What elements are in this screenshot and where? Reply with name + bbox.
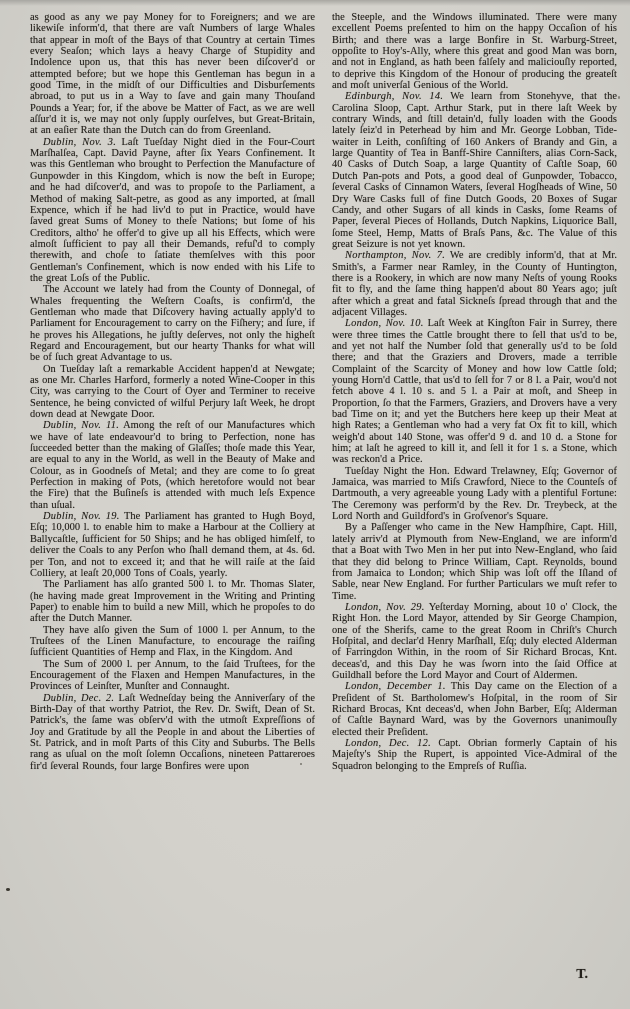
dateline: Dublin, Nov. 19.	[43, 511, 120, 522]
dateline: London, Nov. 29.	[345, 602, 425, 613]
news-paragraph: London, Nov. 29. Yeſterday Morning, abou…	[332, 602, 617, 681]
news-paragraph: The Account we lately had from the Count…	[30, 284, 315, 363]
dateline: Dublin, Nov. 11.	[43, 420, 119, 431]
news-paragraph: Tueſday Night the Hon. Edward Trelawney,…	[332, 466, 617, 523]
paragraph-text: The Account we lately had from the Count…	[30, 284, 315, 363]
paragraph-text: Tueſday Night the Hon. Edward Trelawney,…	[332, 466, 617, 522]
paragraph-text: The Parliament has granted to Hugh Boyd,…	[30, 511, 315, 579]
news-paragraph: The Sum of 2000 l. per Annum, to the ſai…	[30, 659, 315, 693]
news-paragraph: By a Paſſenger who came in the New Hampſ…	[332, 522, 617, 601]
dateline: Northampton, Nov. 7.	[345, 250, 445, 261]
dateline: Dublin, Nov. 3.	[43, 137, 116, 148]
paragraph-text: We learn from Stonehyve, that the Caroli…	[332, 91, 617, 249]
news-paragraph: The Parliament has alſo granted 500 l. t…	[30, 579, 315, 624]
paragraph-text: By a Paſſenger who came in the New Hampſ…	[332, 522, 617, 601]
paragraph-text: Laſt Wedneſday being the Anniverſary of …	[30, 693, 315, 772]
dateline: London, Nov. 10.	[345, 318, 424, 329]
scan-speck	[300, 763, 302, 765]
news-paragraph: London, Dec. 12. Capt. Obrian formerly C…	[332, 738, 617, 772]
scan-speck	[6, 888, 10, 891]
catchword: T.	[576, 967, 588, 983]
dateline: London, December 1.	[345, 681, 446, 692]
paragraph-text: Laſt Tueſday Night died in the Four-Cour…	[30, 137, 315, 284]
news-paragraph: Dublin, Nov. 3. Laſt Tueſday Night died …	[30, 137, 315, 284]
paragraph-text: Laſt Week at Kingſton Fair in Surrey, th…	[332, 318, 617, 465]
scan-edge-shadow	[0, 0, 630, 6]
news-paragraph: London, Nov. 10. Laſt Week at Kingſton F…	[332, 318, 617, 465]
paragraph-text: Among the reſt of our Manufactures which…	[30, 420, 315, 510]
news-paragraph: Dublin, Dec. 2. Laſt Wedneſday being the…	[30, 693, 315, 772]
news-paragraph: Dublin, Nov. 11. Among the reſt of our M…	[30, 420, 315, 511]
paragraph-text: as good as any we pay Money for to Forei…	[30, 12, 315, 136]
newspaper-scan-page: as good as any we pay Money for to Forei…	[0, 0, 630, 1009]
text-columns: as good as any we pay Money for to Forei…	[30, 12, 618, 772]
news-paragraph: the Steeple, and the Windows illuminated…	[332, 12, 617, 91]
news-paragraph: They have alſo given the Sum of 1000 l. …	[30, 625, 315, 659]
news-paragraph: Northampton, Nov. 7. We are credibly inf…	[332, 250, 617, 318]
news-paragraph: Dublin, Nov. 19. The Parliament has gran…	[30, 511, 315, 579]
news-paragraph: London, December 1. This Day came on the…	[332, 681, 617, 738]
news-paragraph: Edinburgh, Nov. 14. We learn from Stoneh…	[332, 91, 617, 250]
paragraph-text: On Tueſday laſt a remarkable Accident ha…	[30, 364, 315, 420]
right-column: the Steeple, and the Windows illuminated…	[332, 12, 617, 772]
news-paragraph: On Tueſday laſt a remarkable Accident ha…	[30, 364, 315, 421]
paragraph-text: Yeſterday Morning, about 10 o' Clock, th…	[332, 602, 617, 681]
paragraph-text: They have alſo given the Sum of 1000 l. …	[30, 625, 315, 659]
paragraph-text: The Sum of 2000 l. per Annum, to the ſai…	[30, 659, 315, 693]
dateline: Edinburgh, Nov. 14.	[345, 91, 443, 102]
paragraph-text: The Parliament has alſo granted 500 l. t…	[30, 579, 315, 624]
left-column: as good as any we pay Money for to Forei…	[30, 12, 315, 772]
scan-speck	[618, 96, 620, 99]
paragraph-text: the Steeple, and the Windows illuminated…	[332, 12, 617, 91]
dateline: London, Dec. 12.	[345, 738, 431, 749]
dateline: Dublin, Dec. 2.	[43, 693, 114, 704]
news-paragraph: as good as any we pay Money for to Forei…	[30, 12, 315, 137]
